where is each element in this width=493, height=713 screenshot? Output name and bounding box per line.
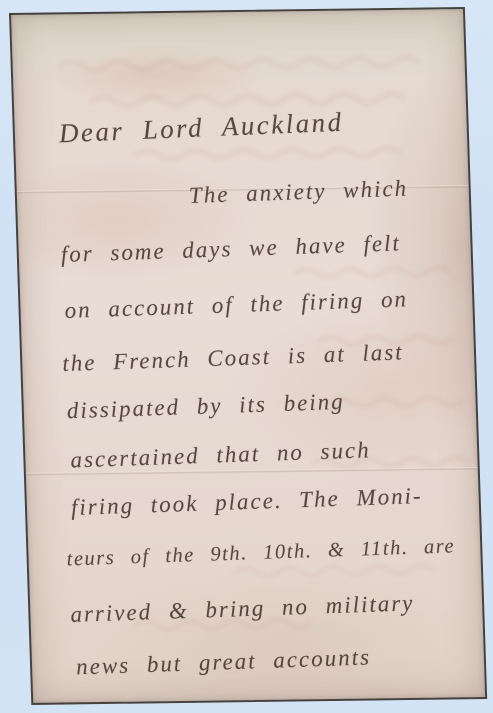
letter-line: dissipated by its being <box>66 389 345 424</box>
letter-line: teurs of the 9th. 10th. & 11th. are <box>66 535 456 571</box>
letter-line: the French Coast is at last <box>62 339 405 377</box>
letter-line: arrived & bring no military <box>70 590 415 628</box>
letter-line: ascertained that no such <box>70 437 372 473</box>
letter-line: for some days we have felt <box>60 230 401 268</box>
letter-page: Dear Lord Auckland The anxiety which for… <box>9 7 487 705</box>
letter-line: The anxiety which <box>188 176 408 209</box>
letter-line: firing took place. The Moni- <box>70 483 423 521</box>
scan-background: Dear Lord Auckland The anxiety which for… <box>0 0 493 713</box>
letter-line-salutation: Dear Lord Auckland <box>58 107 344 150</box>
letter-text: Dear Lord Auckland The anxiety which for… <box>11 9 485 703</box>
letter-line: on account of the firing on <box>64 286 409 324</box>
letter-line: news but great accounts <box>75 644 371 680</box>
